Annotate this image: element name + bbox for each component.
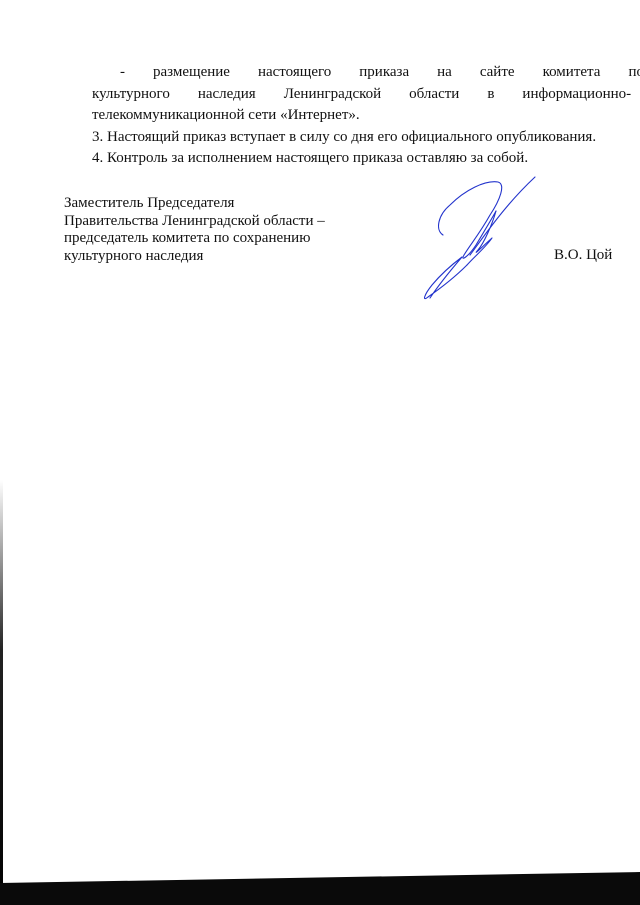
word: культурного (64, 84, 170, 106)
text-line: телекоммуникационной сети «Интернет». (64, 105, 620, 127)
word: информационно- (494, 84, 631, 106)
word: наследия (170, 84, 256, 106)
signer-name: В.О. Цой (554, 247, 612, 264)
paragraph-item-3: 3. Настоящий приказ вступает в силу со д… (64, 127, 620, 149)
word: на (409, 62, 452, 84)
word: размещение (125, 62, 230, 84)
word: области (381, 84, 459, 106)
scan-bottom-black-border (0, 860, 640, 905)
word: - (92, 62, 125, 84)
text-line: культурного наследия Ленинградской облас… (64, 84, 620, 106)
word: Ленинградской (256, 84, 381, 106)
text-line: - размещение настоящего приказа на сайте… (64, 62, 620, 84)
signatory-title-line: культурного наследия (64, 248, 325, 266)
word: настоящего (230, 62, 331, 84)
document-page: - размещение настоящего приказа на сайте… (0, 0, 640, 905)
handwritten-signature-icon (410, 165, 550, 310)
word: в (459, 84, 494, 106)
signatory-title-line: Правительства Ленинградской области – (64, 213, 325, 231)
signatory-title-line: Заместитель Председателя (64, 195, 325, 213)
word: приказа (331, 62, 409, 84)
paragraph-bullet-website: - размещение настоящего приказа на сайте… (64, 62, 620, 127)
scan-edge-shadow (0, 480, 3, 905)
word: по (600, 62, 640, 84)
signatory-title: Заместитель Председателя Правительства Л… (64, 195, 325, 265)
signatory-title-line: председатель комитета по сохранению (64, 230, 325, 248)
word: сайте (452, 62, 515, 84)
document-body: - размещение настоящего приказа на сайте… (64, 62, 620, 170)
word: комитета (515, 62, 601, 84)
